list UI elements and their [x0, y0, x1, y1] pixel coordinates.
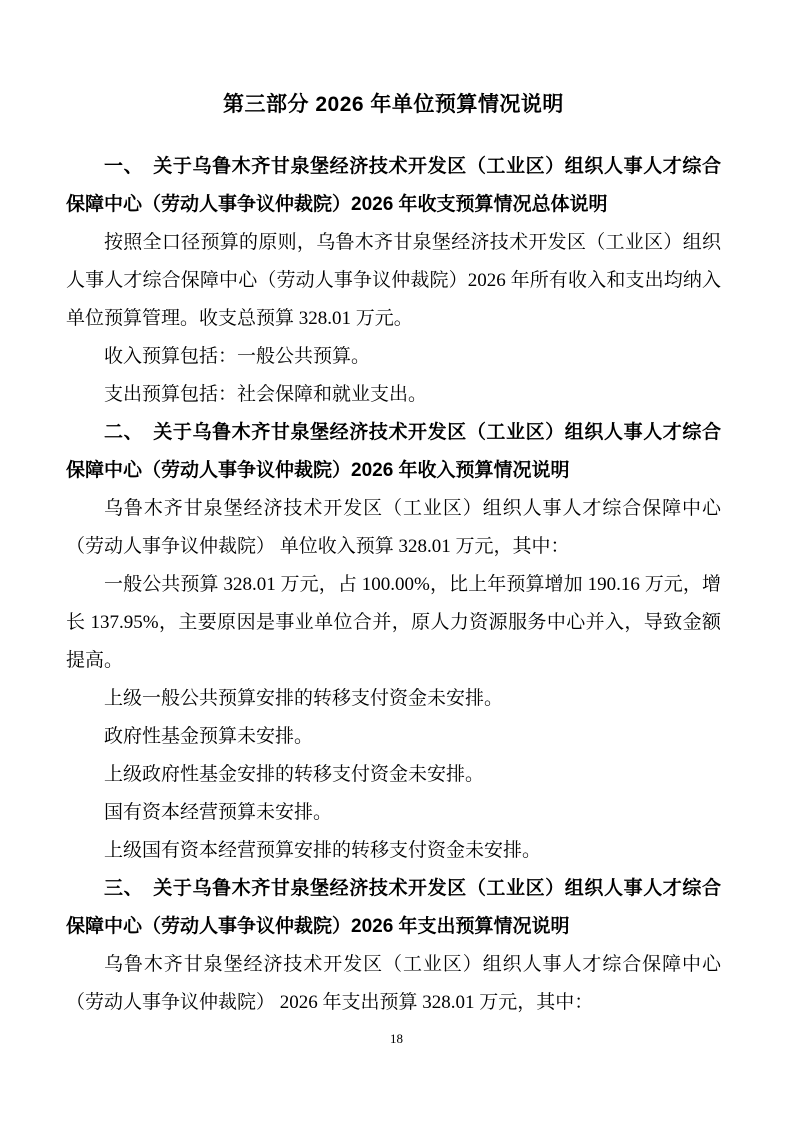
- paragraph-overview-principle: 按照全口径预算的原则，乌鲁木齐甘泉堡经济技术开发区（工业区）组织人事人才综合保障…: [66, 224, 721, 338]
- section-expenditure-heading: 三、 关于乌鲁木齐甘泉堡经济技术开发区（工业区）组织人事人才综合保障中心（劳动人…: [66, 870, 721, 946]
- paragraph-superior-state-capital-transfer: 上级国有资本经营预算安排的转移支付资金未安排。: [66, 832, 721, 870]
- paragraph-general-public-budget: 一般公共预算 328.01 万元，占 100.00%，比上年预算增加 190.1…: [66, 566, 721, 680]
- paragraph-income-scope: 收入预算包括：一般公共预算。: [66, 338, 721, 376]
- section-overview: 一、 关于乌鲁木齐甘泉堡经济技术开发区（工业区）组织人事人才综合保障中心（劳动人…: [66, 148, 721, 414]
- section-income-budget: 二、 关于乌鲁木齐甘泉堡经济技术开发区（工业区）组织人事人才综合保障中心（劳动人…: [66, 414, 721, 870]
- paragraph-govt-fund: 政府性基金预算未安排。: [66, 718, 721, 756]
- section-overview-heading: 一、 关于乌鲁木齐甘泉堡经济技术开发区（工业区）组织人事人才综合保障中心（劳动人…: [66, 148, 721, 224]
- paragraph-income-total: 乌鲁木齐甘泉堡经济技术开发区（工业区）组织人事人才综合保障中心（劳动人事争议仲裁…: [66, 490, 721, 566]
- paragraph-superior-transfer: 上级一般公共预算安排的转移支付资金未安排。: [66, 680, 721, 718]
- paragraph-expenditure-total: 乌鲁木齐甘泉堡经济技术开发区（工业区）组织人事人才综合保障中心（劳动人事争议仲裁…: [66, 946, 721, 1022]
- paragraph-state-capital: 国有资本经营预算未安排。: [66, 794, 721, 832]
- page-number: 18: [0, 1031, 793, 1046]
- paragraph-expenditure-scope: 支出预算包括：社会保障和就业支出。: [66, 376, 721, 414]
- paragraph-superior-govt-fund-transfer: 上级政府性基金安排的转移支付资金未安排。: [66, 756, 721, 794]
- document-title: 第三部分 2026 年单位预算情况说明: [66, 86, 721, 124]
- document-page: 第三部分 2026 年单位预算情况说明 一、 关于乌鲁木齐甘泉堡经济技术开发区（…: [0, 0, 793, 1122]
- section-income-heading: 二、 关于乌鲁木齐甘泉堡经济技术开发区（工业区）组织人事人才综合保障中心（劳动人…: [66, 414, 721, 490]
- section-expenditure-budget: 三、 关于乌鲁木齐甘泉堡经济技术开发区（工业区）组织人事人才综合保障中心（劳动人…: [66, 870, 721, 1022]
